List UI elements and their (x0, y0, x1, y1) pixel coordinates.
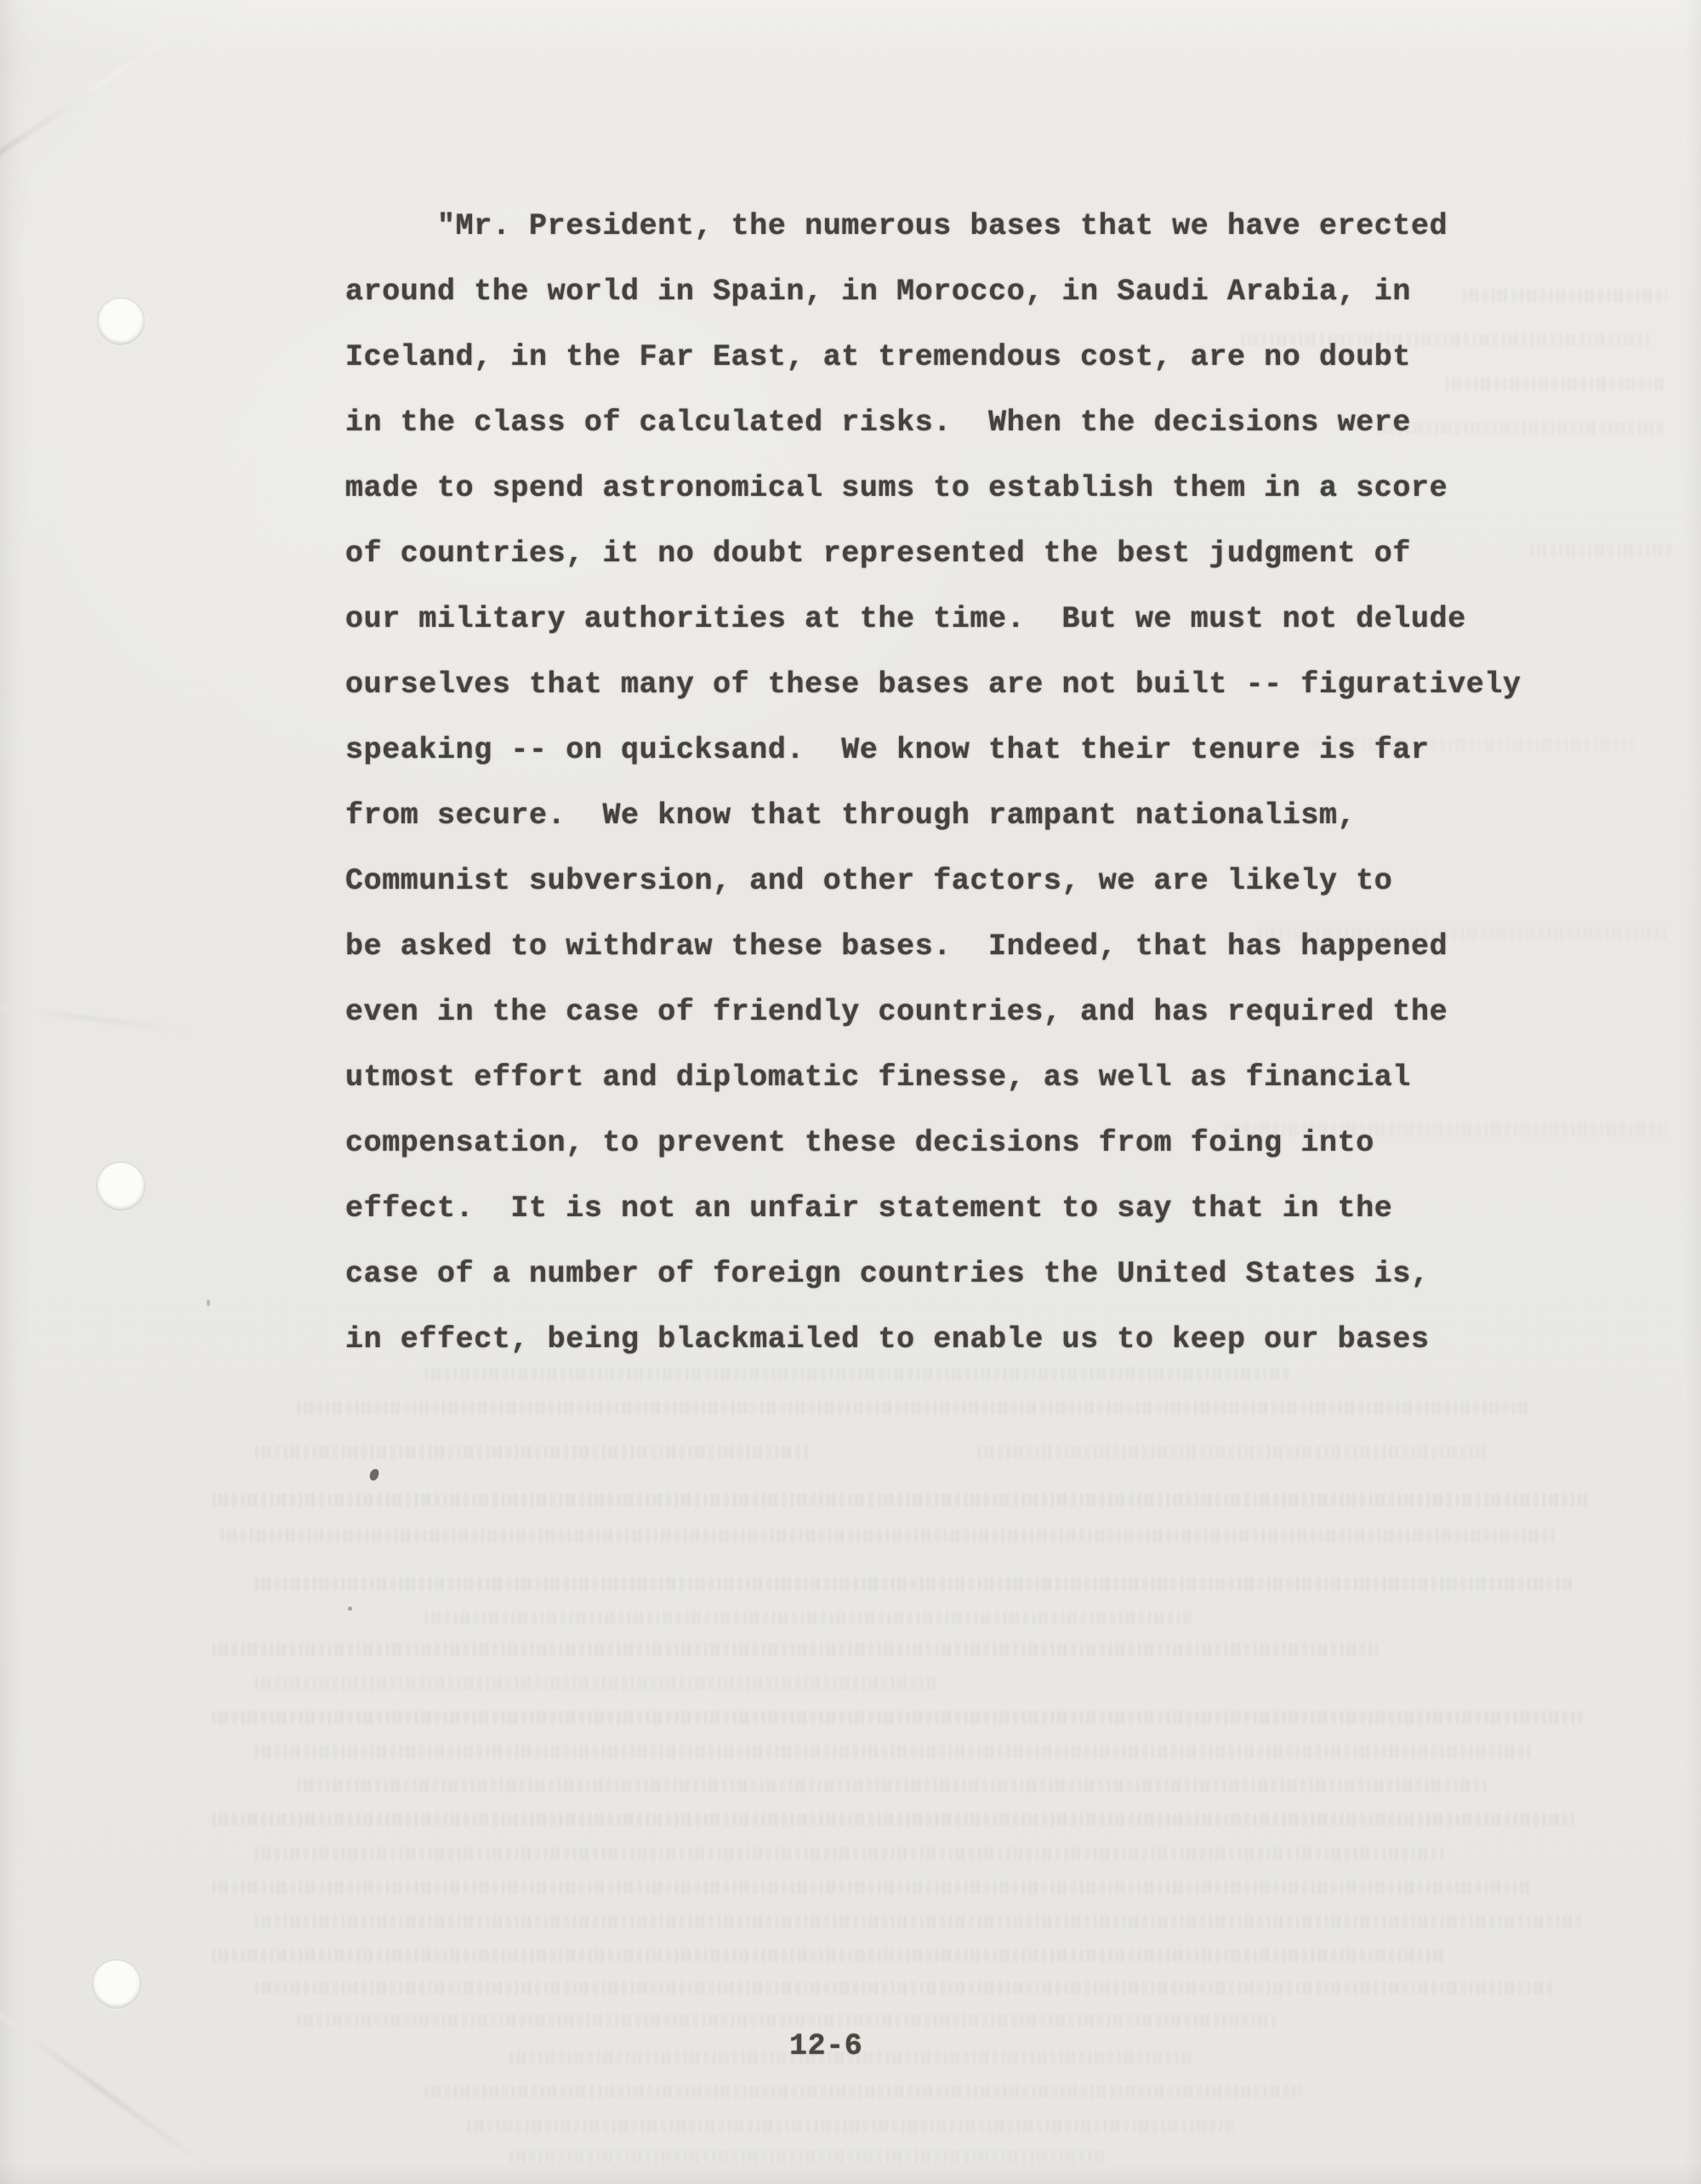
typed-line: Communist subversion, and other factors,… (345, 849, 1604, 914)
bleed-line (213, 1949, 1446, 1962)
bleed-line (213, 1711, 1582, 1724)
paper-crease-mid-left (0, 1004, 195, 1032)
bleed-line (425, 1612, 1191, 1624)
bleed-line (255, 1578, 1573, 1590)
ink-speck (207, 1300, 210, 1306)
typed-line: of countries, it no doubt represented th… (345, 521, 1604, 587)
bleed-line (978, 1446, 1488, 1459)
bleed-line (510, 2150, 1106, 2163)
ink-speck (368, 1468, 379, 1482)
typed-line: around the world in Spain, in Morocco, i… (345, 259, 1604, 325)
typed-line: be asked to withdraw these bases. Indeed… (345, 914, 1604, 980)
typed-line: "Mr. President, the numerous bases that … (345, 194, 1604, 259)
typed-line: from secure. We know that through rampan… (345, 783, 1604, 849)
page-number: 12-6 (789, 2029, 862, 2063)
bleed-line (298, 1402, 1531, 1414)
bleed-line (425, 2085, 1301, 2098)
scanned-page: "Mr. President, the numerous bases that … (0, 0, 1701, 2184)
bleed-line (213, 1813, 1573, 1826)
typed-line: compensation, to prevent these decisions… (345, 1111, 1604, 1176)
bleed-line (255, 1982, 1556, 1994)
bleed-line (213, 1643, 1378, 1656)
typed-line: utmost effort and diplomatic finesse, as… (345, 1045, 1604, 1111)
bleed-line (255, 1677, 936, 1690)
bleed-line (255, 1446, 808, 1459)
ink-speck (348, 1607, 352, 1611)
bleed-line (213, 1493, 1590, 1506)
bleed-line (255, 1847, 1446, 1860)
bleed-line (255, 1915, 1582, 1928)
paper-crease-bottom-left (0, 2003, 213, 2170)
bleed-line (221, 1529, 1556, 1542)
typed-line: case of a number of foreign countries th… (345, 1242, 1604, 1307)
hole-punch-bottom (93, 1960, 140, 2008)
bleed-line (298, 1779, 1488, 1792)
hole-punch-middle (97, 1163, 145, 1210)
typed-line: ourselves that many of these bases are n… (345, 652, 1604, 718)
typed-line: speaking -- on quicksand. We know that t… (345, 718, 1604, 783)
bleed-line (298, 2014, 1276, 2027)
paper-crease-top-left (0, 10, 208, 156)
typed-line: in effect, being blackmailed to enable u… (345, 1307, 1604, 1373)
typed-line: effect. It is not an unfair statement to… (345, 1176, 1604, 1242)
typed-line: our military authorities at the time. Bu… (345, 587, 1604, 652)
typed-paragraph: "Mr. President, the numerous bases that … (345, 194, 1604, 1373)
typed-line: Iceland, in the Far East, at tremendous … (345, 325, 1604, 390)
typed-line: in the class of calculated risks. When t… (345, 390, 1604, 456)
hole-punch-top (98, 299, 144, 344)
typed-line: made to spend astronomical sums to estab… (345, 456, 1604, 521)
bleed-line (468, 2119, 1233, 2132)
typed-line: even in the case of friendly countries, … (345, 980, 1604, 1045)
bleed-line (213, 1881, 1531, 1894)
bleed-line (255, 1745, 1531, 1758)
